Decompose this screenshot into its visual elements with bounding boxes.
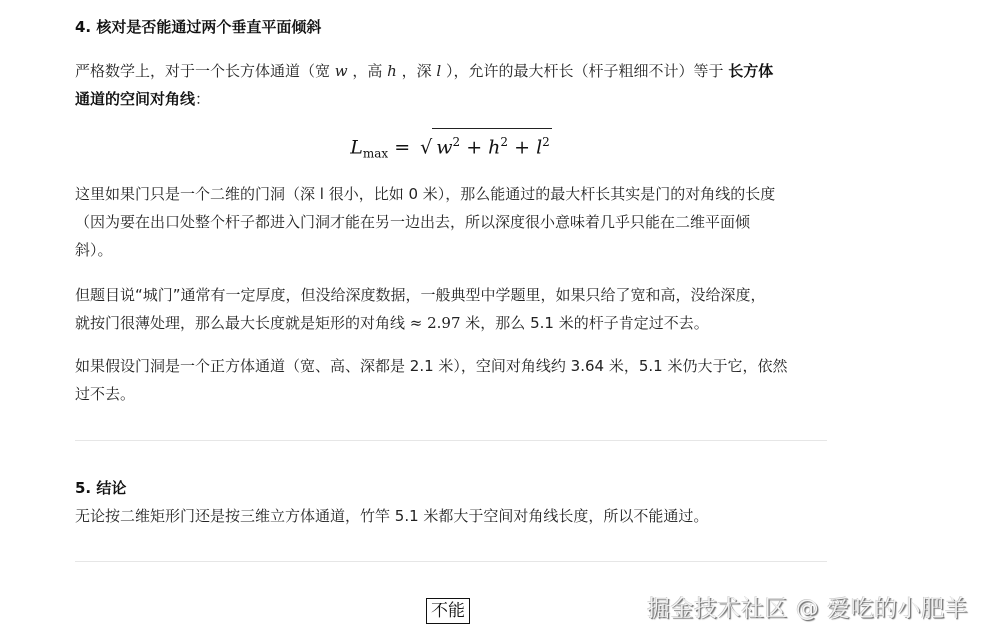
space-diagonal-formula: Lmax = √w2 + h2 + l2: [75, 128, 827, 164]
formula-equals: =: [388, 136, 416, 158]
text-run: ：: [195, 90, 210, 108]
final-answer-box: 不能: [426, 598, 470, 624]
text-run: ），允许的最大杆长（杆子粗细不计）等于: [441, 62, 728, 80]
paragraph-line: 但题目说“城门”通常有一定厚度，但没给深度数据，一般典型中学题里，如果只给了宽和…: [75, 281, 827, 309]
section-divider: [75, 440, 827, 441]
section-4-paragraph-1: 严格数学上，对于一个长方体通道（宽 w ，高 h ，深 l ），允许的最大杆长（…: [75, 57, 827, 113]
formula-lhs: L: [350, 136, 363, 158]
section-5-paragraph: 无论按二维矩形门还是按三维立方体通道，竹竿 5.1 米都大于空间对角线长度，所以…: [75, 502, 827, 530]
paragraph-line: （因为要在出口处整个杆子都进入门洞才能在另一边出去，所以深度很小意味着几乎只能在…: [75, 208, 827, 236]
radicand: w2 + h2 + l2: [432, 128, 552, 160]
section-4-paragraph-2: 这里如果门只是一个二维的门洞（深 l 很小，比如 0 米），那么能通过的最大杆长…: [75, 180, 827, 264]
section-4-paragraph-4: 如果假设门洞是一个正方体通道（宽、高、深都是 2.1 米），空间对角线约 3.6…: [75, 352, 827, 408]
paragraph-line: 过不去。: [75, 380, 827, 408]
paragraph-line: 斜）。: [75, 236, 827, 264]
radical-sign-icon: √: [420, 136, 432, 158]
section-5-heading: 5. 结论: [75, 477, 126, 499]
approx-value: ≈ 2.97: [410, 314, 461, 332]
math-var-h: h: [387, 62, 397, 80]
paragraph-line: 就按门很薄处理，那么最大长度就是矩形的对角线 ≈ 2.97 米，那么 5.1 米…: [75, 309, 827, 337]
square-root: √w2 + h2 + l2: [416, 128, 552, 165]
plus-sign: +: [508, 136, 536, 158]
section-4-heading: 4. 核对是否能通过两个垂直平面倾斜: [75, 16, 321, 38]
formula-var-w: w: [436, 136, 452, 158]
section-divider: [75, 561, 827, 562]
paragraph-line: 无论按二维矩形门还是按三维立方体通道，竹竿 5.1 米都大于空间对角线长度，所以…: [75, 502, 827, 530]
paragraph-line: 通道的空间对角线：: [75, 85, 827, 113]
bold-text: 长方体: [728, 62, 773, 80]
text-run: ，深: [397, 62, 437, 80]
formula-var-h: h: [488, 136, 500, 158]
paragraph-line: 严格数学上，对于一个长方体通道（宽 w ，高 h ，深 l ），允许的最大杆长（…: [75, 57, 827, 85]
paragraph-line: 如果假设门洞是一个正方体通道（宽、高、深都是 2.1 米），空间对角线约 3.6…: [75, 352, 827, 380]
text-run: ，高: [348, 62, 388, 80]
text-run: 米，那么 5.1 米的杆子肯定过不去。: [461, 314, 709, 332]
exponent: 2: [500, 135, 508, 149]
bold-text: 通道的空间对角线: [75, 90, 195, 108]
text-run: 严格数学上，对于一个长方体通道（宽: [75, 62, 335, 80]
text-run: 就按门很薄处理，那么最大长度就是矩形的对角线: [75, 314, 410, 332]
exponent: 2: [542, 135, 550, 149]
watermark: 掘金技术社区 @ 爱吃的小肥羊: [647, 590, 968, 623]
section-4-paragraph-3: 但题目说“城门”通常有一定厚度，但没给深度数据，一般典型中学题里，如果只给了宽和…: [75, 281, 827, 337]
formula-lhs-subscript: max: [363, 146, 388, 160]
paragraph-line: 这里如果门只是一个二维的门洞（深 l 很小，比如 0 米），那么能通过的最大杆长…: [75, 180, 827, 208]
plus-sign: +: [460, 136, 488, 158]
math-var-w: w: [335, 62, 348, 80]
